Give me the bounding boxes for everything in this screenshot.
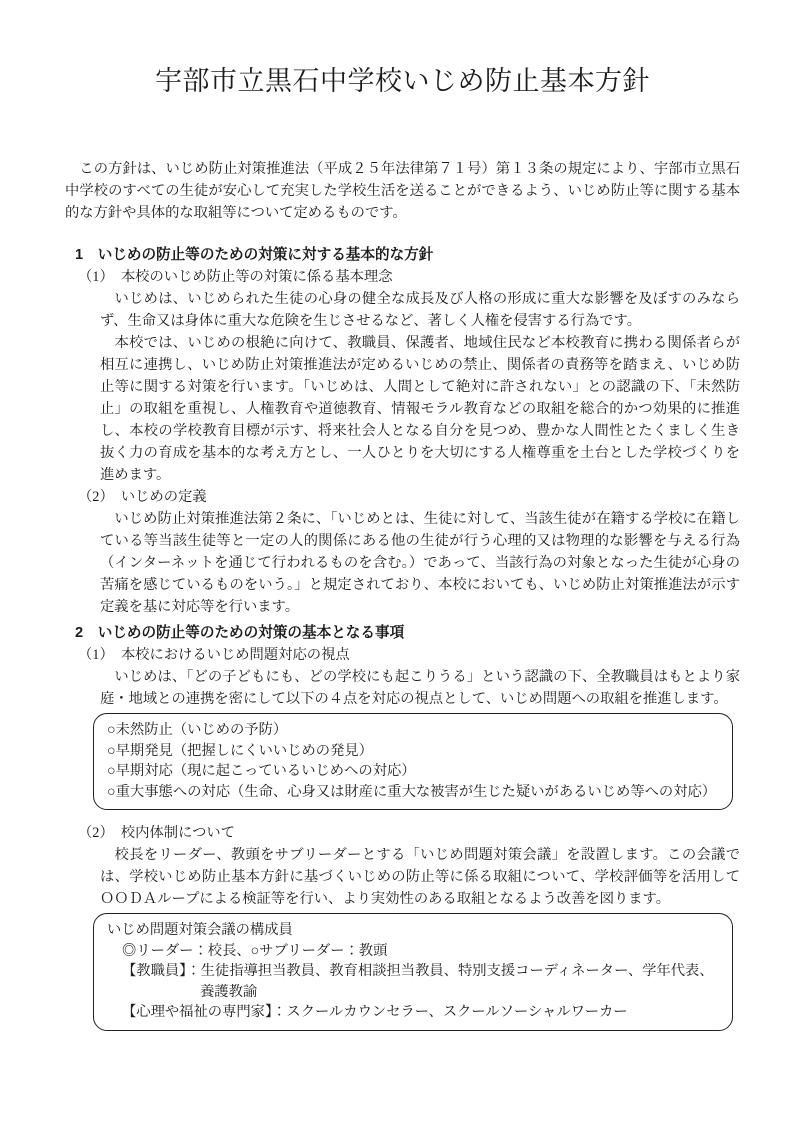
section-2-sub-1-paragraph-1: いじめは、「どの子どもにも、どの学校にも起こりうる」という認識の下、全教職員はも… (100, 666, 740, 710)
committee-leader-line: ◎リーダー：校長、○サブリーダー：教頭 (107, 941, 720, 962)
section-1-sub-1-label: （1） 本校のいじめ防止等の対策に係る基本理念 (78, 266, 740, 288)
committee-staff-continuation: 養護教諭 (107, 982, 720, 1003)
page-title: 宇部市立黒石中学校いじめ防止基本方針 (65, 62, 740, 100)
section-2-sub-1-label: （1） 本校におけるいじめ問題対応の視点 (78, 644, 740, 666)
intro-paragraph: この方針は、いじめ防止対策推進法（平成２５年法律第７１号）第１３条の規定により、… (65, 158, 740, 224)
section-1-heading: 1 いじめの防止等のための対策に対する基本的な方針 (75, 244, 740, 266)
section-1-sub-1-paragraph-2: 本校では、いじめの根絶に向けて、教職員、保護者、地域住民など本校教育に携わる関係… (100, 332, 740, 486)
section-1-sub-2-paragraph-1: いじめ防止対策推進法第２条に、「いじめとは、生徒に対して、当該生徒が在籍する学校… (100, 508, 740, 618)
committee-specialist-line: 【心理や福祉の専門家】：スクールカウンセラー、スクールソーシャルワーカー (107, 1002, 720, 1023)
section-2-heading: 2 いじめの防止等のための対策の基本となる事項 (75, 622, 740, 644)
viewpoint-item: ○重大事態への対応（生命、心身又は財産に重大な被害が生じた疑いがあるいじめ等への… (107, 782, 720, 803)
committee-box: いじめ問題対策会議の構成員 ◎リーダー：校長、○サブリーダー：教頭 【教職員】：… (93, 913, 733, 1031)
viewpoint-item: ○早期対応（現に起こっているいじめへの対応） (107, 761, 720, 782)
section-1-sub-2-label: （2） いじめの定義 (78, 486, 740, 508)
document-page: 宇部市立黒石中学校いじめ防止基本方針 この方針は、いじめ防止対策推進法（平成２５… (0, 0, 800, 1130)
viewpoint-item: ○未然防止（いじめの予防） (107, 720, 720, 741)
committee-box-title: いじめ問題対策会議の構成員 (107, 920, 720, 941)
committee-staff-line: 【教職員】：生徒指導担当教員、教育相談担当教員、特別支援コーディネーター、学年代… (107, 961, 720, 982)
section-2-sub-2-label: （2） 校内体制について (78, 822, 740, 844)
viewpoint-item: ○早期発見（把握しにくいいじめの発見） (107, 741, 720, 762)
viewpoint-box: ○未然防止（いじめの予防） ○早期発見（把握しにくいいじめの発見） ○早期対応（… (93, 713, 733, 810)
section-1-sub-1-paragraph-1: いじめは、いじめられた生徒の心身の健全な成長及び人格の形成に重大な影響を及ぼすの… (100, 288, 740, 332)
section-2-sub-2-paragraph-1: 校長をリーダー、教頭をサブリーダーとする「いじめ問題対策会議」を設置します。この… (100, 844, 740, 910)
